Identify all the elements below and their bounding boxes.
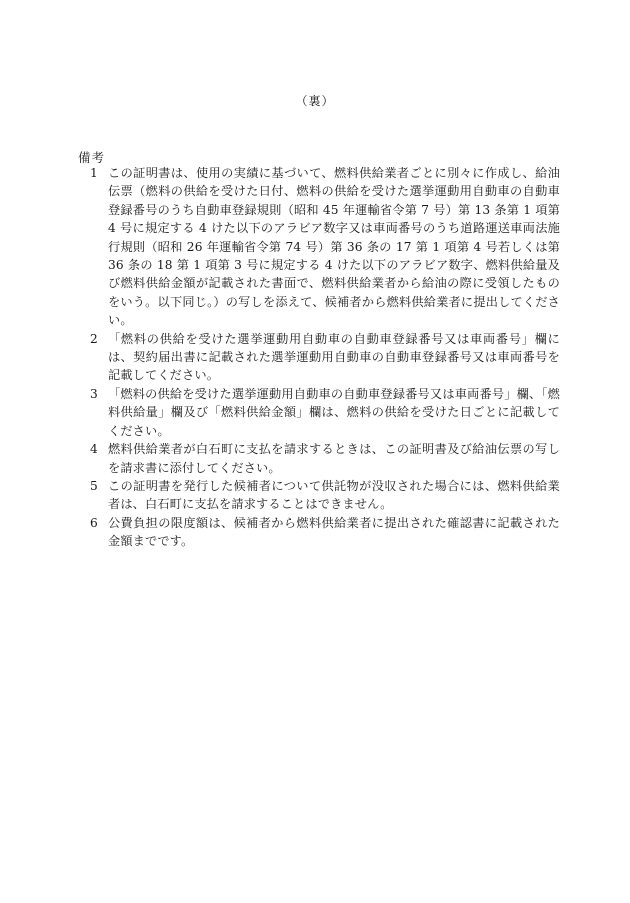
item-number: 4 — [86, 440, 108, 477]
item-text: この証明書を発行した候補者について供託物が没収された場合には、燃料供給業者は、白… — [108, 477, 560, 514]
item-number: 5 — [86, 477, 108, 514]
remarks-item-4: 4 燃料供給業者が白石町に支払を請求するときは、この証明書及び給油伝票の写しを請… — [86, 440, 560, 477]
remarks-item-1: 1 この証明書は、使用の実績に基づいて、燃料供給業者ごとに別々に作成し、給油伝票… — [86, 164, 560, 330]
page-side-label: （裏） — [0, 92, 630, 109]
remarks-item-3: 3 「燃料の供給を受けた選挙運動用自動車の自動車登録番号又は車両番号」欄、「燃料… — [86, 385, 560, 440]
remarks-item-2: 2 「燃料の供給を受けた選挙運動用自動車の自動車登録番号又は車両番号」欄には、契… — [86, 330, 560, 385]
item-text: 「燃料の供給を受けた選挙運動用自動車の自動車登録番号又は車両番号」欄、「燃料供給… — [108, 385, 560, 440]
item-number: 1 — [86, 164, 108, 330]
item-text: 「燃料の供給を受けた選挙運動用自動車の自動車登録番号又は車両番号」欄には、契約届… — [108, 330, 560, 385]
item-text: 公費負担の限度額は、候補者から燃料供給業者に提出された確認書に記載された金額まで… — [108, 514, 560, 551]
remarks-list: 1 この証明書は、使用の実績に基づいて、燃料供給業者ごとに別々に作成し、給油伝票… — [86, 164, 560, 551]
item-number: 6 — [86, 514, 108, 551]
item-number: 3 — [86, 385, 108, 440]
item-text: 燃料供給業者が白石町に支払を請求するときは、この証明書及び給油伝票の写しを請求書… — [108, 440, 560, 477]
item-number: 2 — [86, 330, 108, 385]
remarks-item-6: 6 公費負担の限度額は、候補者から燃料供給業者に提出された確認書に記載された金額… — [86, 514, 560, 551]
remarks-item-5: 5 この証明書を発行した候補者について供託物が没収された場合には、燃料供給業者は… — [86, 477, 560, 514]
item-text: この証明書は、使用の実績に基づいて、燃料供給業者ごとに別々に作成し、給油伝票（燃… — [108, 164, 560, 330]
